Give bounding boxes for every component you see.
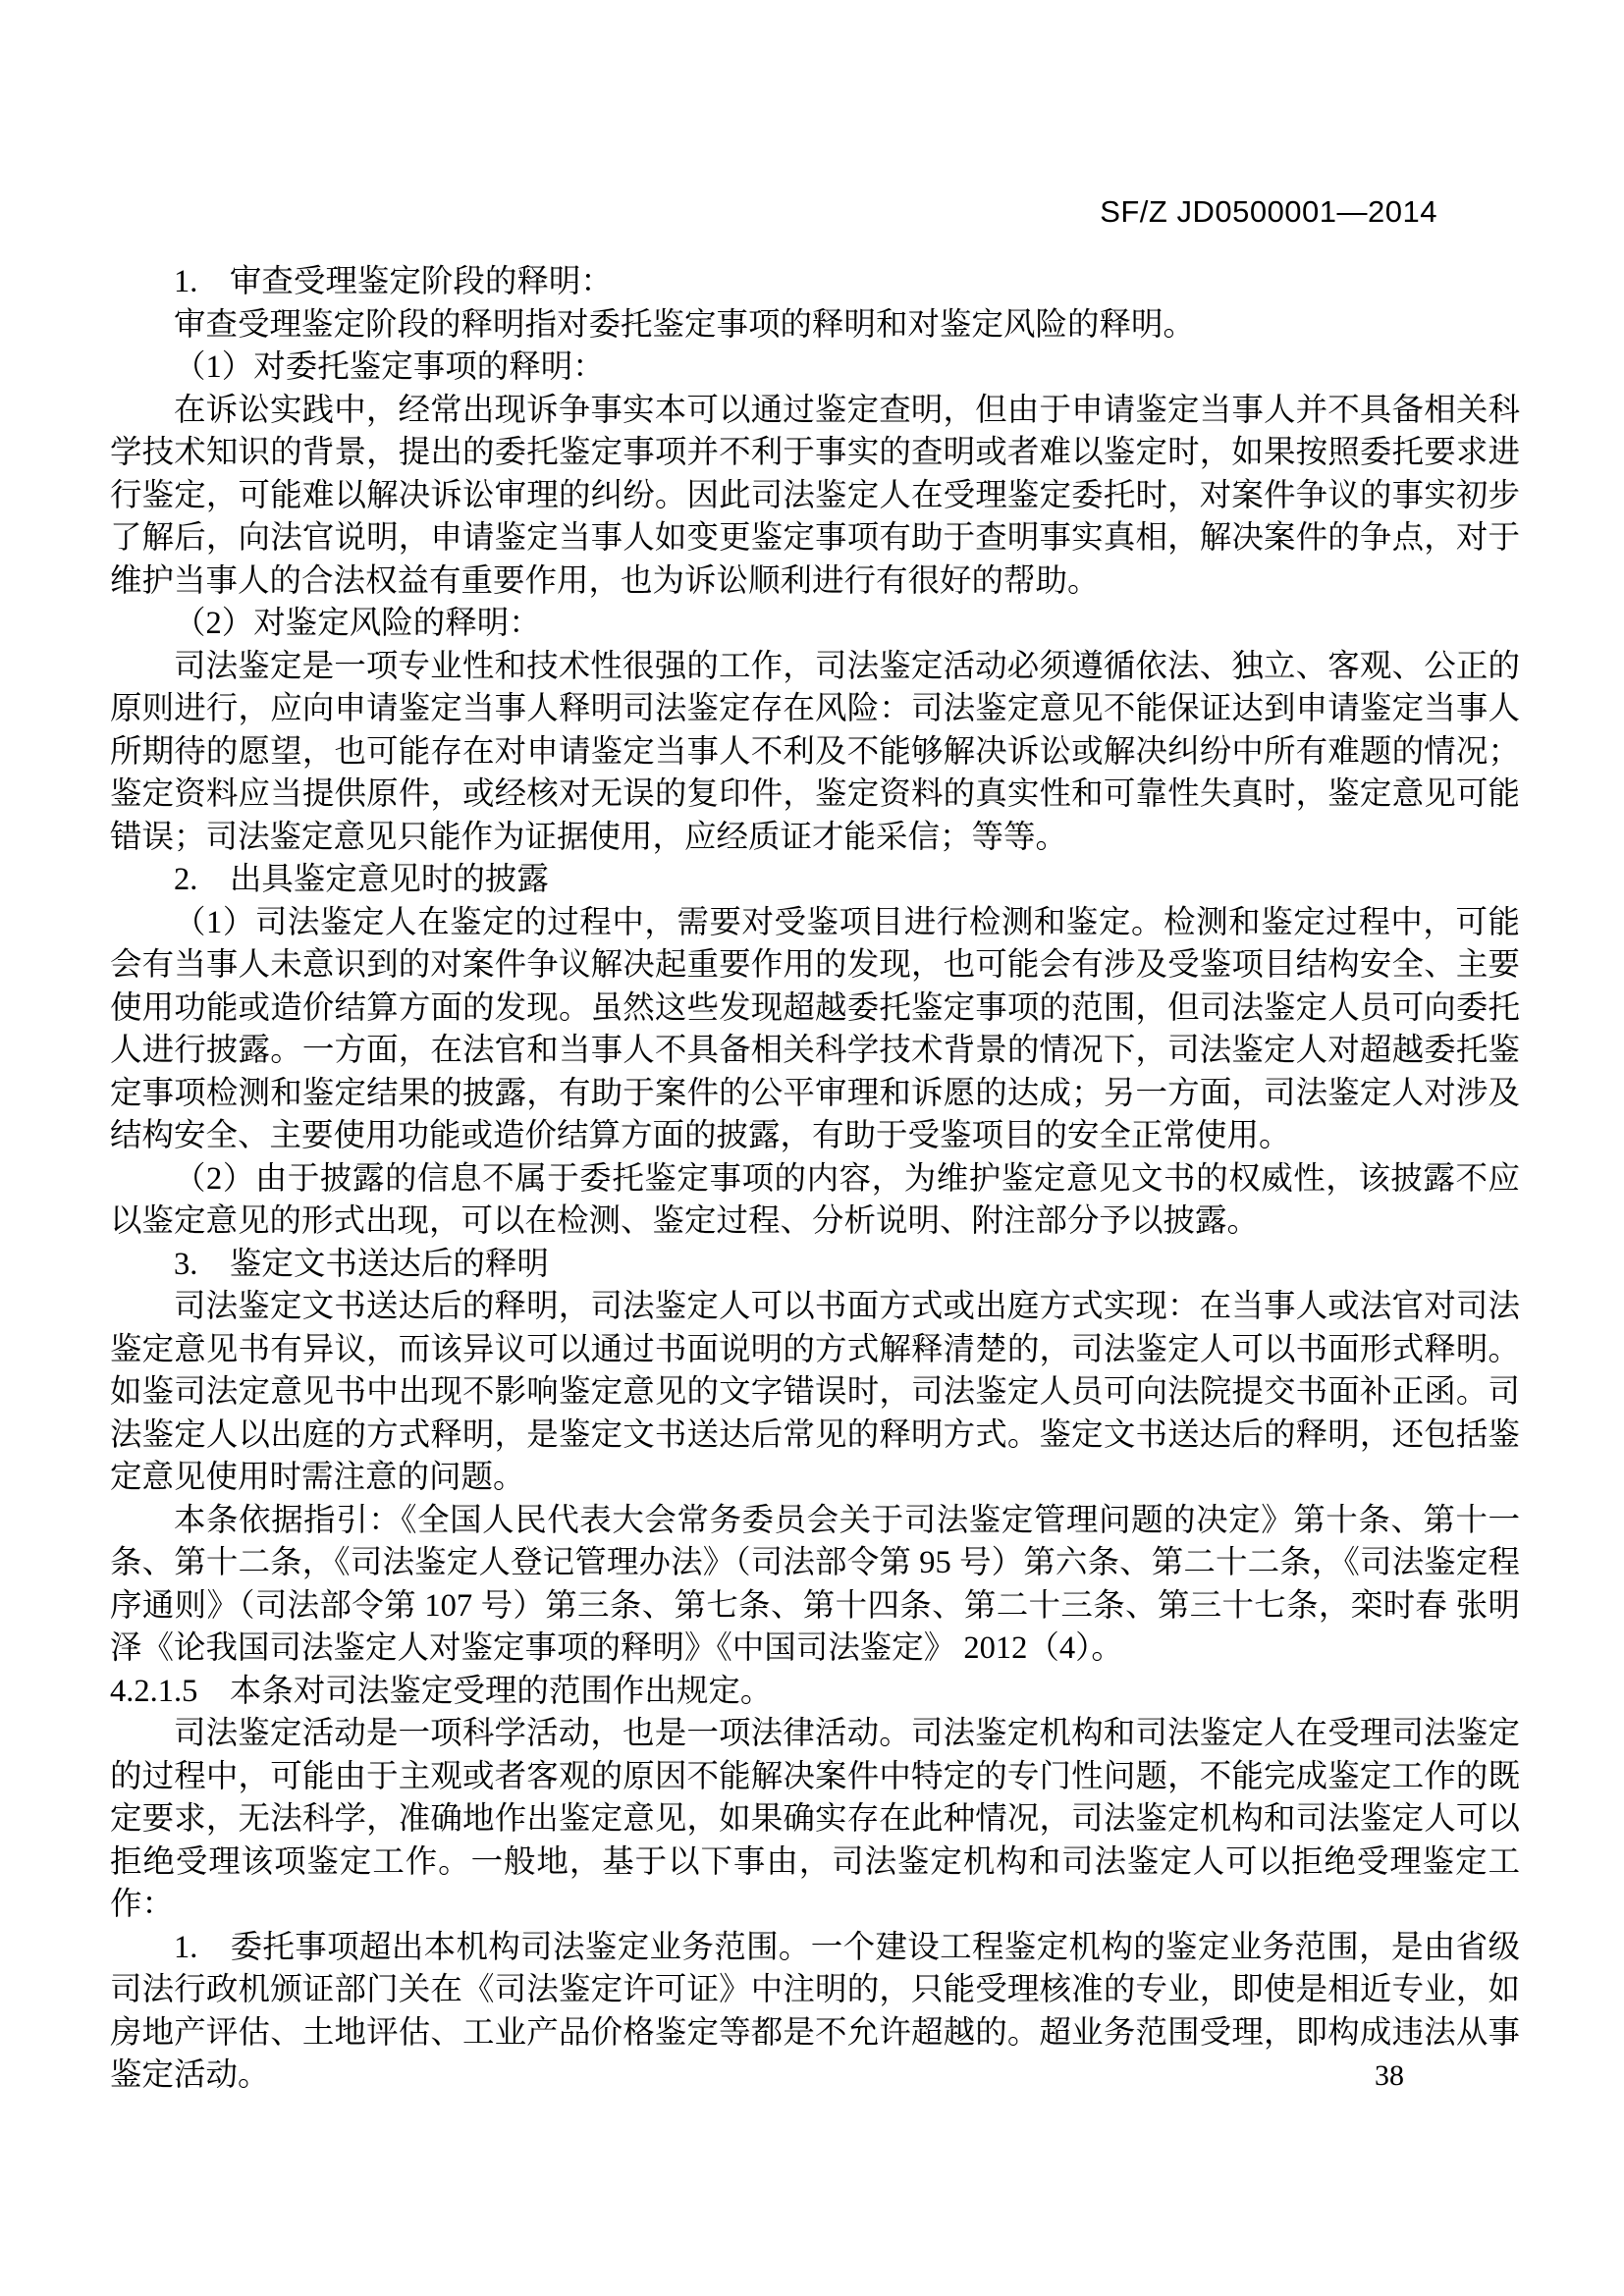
paragraph: 在诉讼实践中，经常出现诉争事实本可以通过鉴定查明，但由于申请鉴定当事人并不具备相… <box>110 390 1520 604</box>
paragraph: 3. 鉴定文书送达后的释明 <box>110 1244 1520 1287</box>
paragraph: 本条依据指引：《全国人民代表大会常务委员会关于司法鉴定管理问题的决定》第十条、第… <box>110 1500 1520 1671</box>
paragraph: （1）司法鉴定人在鉴定的过程中，需要对受鉴项目进行检测和鉴定。检测和鉴定过程中，… <box>110 902 1520 1158</box>
page-number: 38 <box>1375 2059 1404 2092</box>
standard-code: SF/Z JD0500001—2014 <box>1100 194 1437 229</box>
paragraph: 司法鉴定是一项专业性和技术性很强的工作，司法鉴定活动必须遵循依法、独立、客观、公… <box>110 646 1520 860</box>
document-page: SF/Z JD0500001—2014 1. 审查受理鉴定阶段的释明：审查受理鉴… <box>0 0 1624 2296</box>
document-body: 1. 审查受理鉴定阶段的释明：审查受理鉴定阶段的释明指对委托鉴定事项的释明和对鉴… <box>110 261 1520 2098</box>
paragraph: 4.2.1.5 本条对司法鉴定受理的范围作出规定。 <box>110 1671 1520 1714</box>
paragraph: 2. 出具鉴定意见时的披露 <box>110 859 1520 902</box>
page-footer: 38 <box>0 2059 1404 2093</box>
paragraph: 1. 审查受理鉴定阶段的释明： <box>110 261 1520 304</box>
paragraph: （2）对鉴定风险的释明： <box>110 603 1520 646</box>
paragraph: 司法鉴定活动是一项科学活动，也是一项法律活动。司法鉴定机构和司法鉴定人在受理司法… <box>110 1713 1520 1927</box>
paragraph: 审查受理鉴定阶段的释明指对委托鉴定事项的释明和对鉴定风险的释明。 <box>110 304 1520 347</box>
paragraph: （2）由于披露的信息不属于委托鉴定事项的内容，为维护鉴定意见文书的权威性，该披露… <box>110 1158 1520 1244</box>
paragraph: （1）对委托鉴定事项的释明： <box>110 347 1520 390</box>
page-header: SF/Z JD0500001—2014 <box>0 194 1437 230</box>
paragraph: 司法鉴定文书送达后的释明，司法鉴定人可以书面方式或出庭方式实现：在当事人或法官对… <box>110 1286 1520 1500</box>
